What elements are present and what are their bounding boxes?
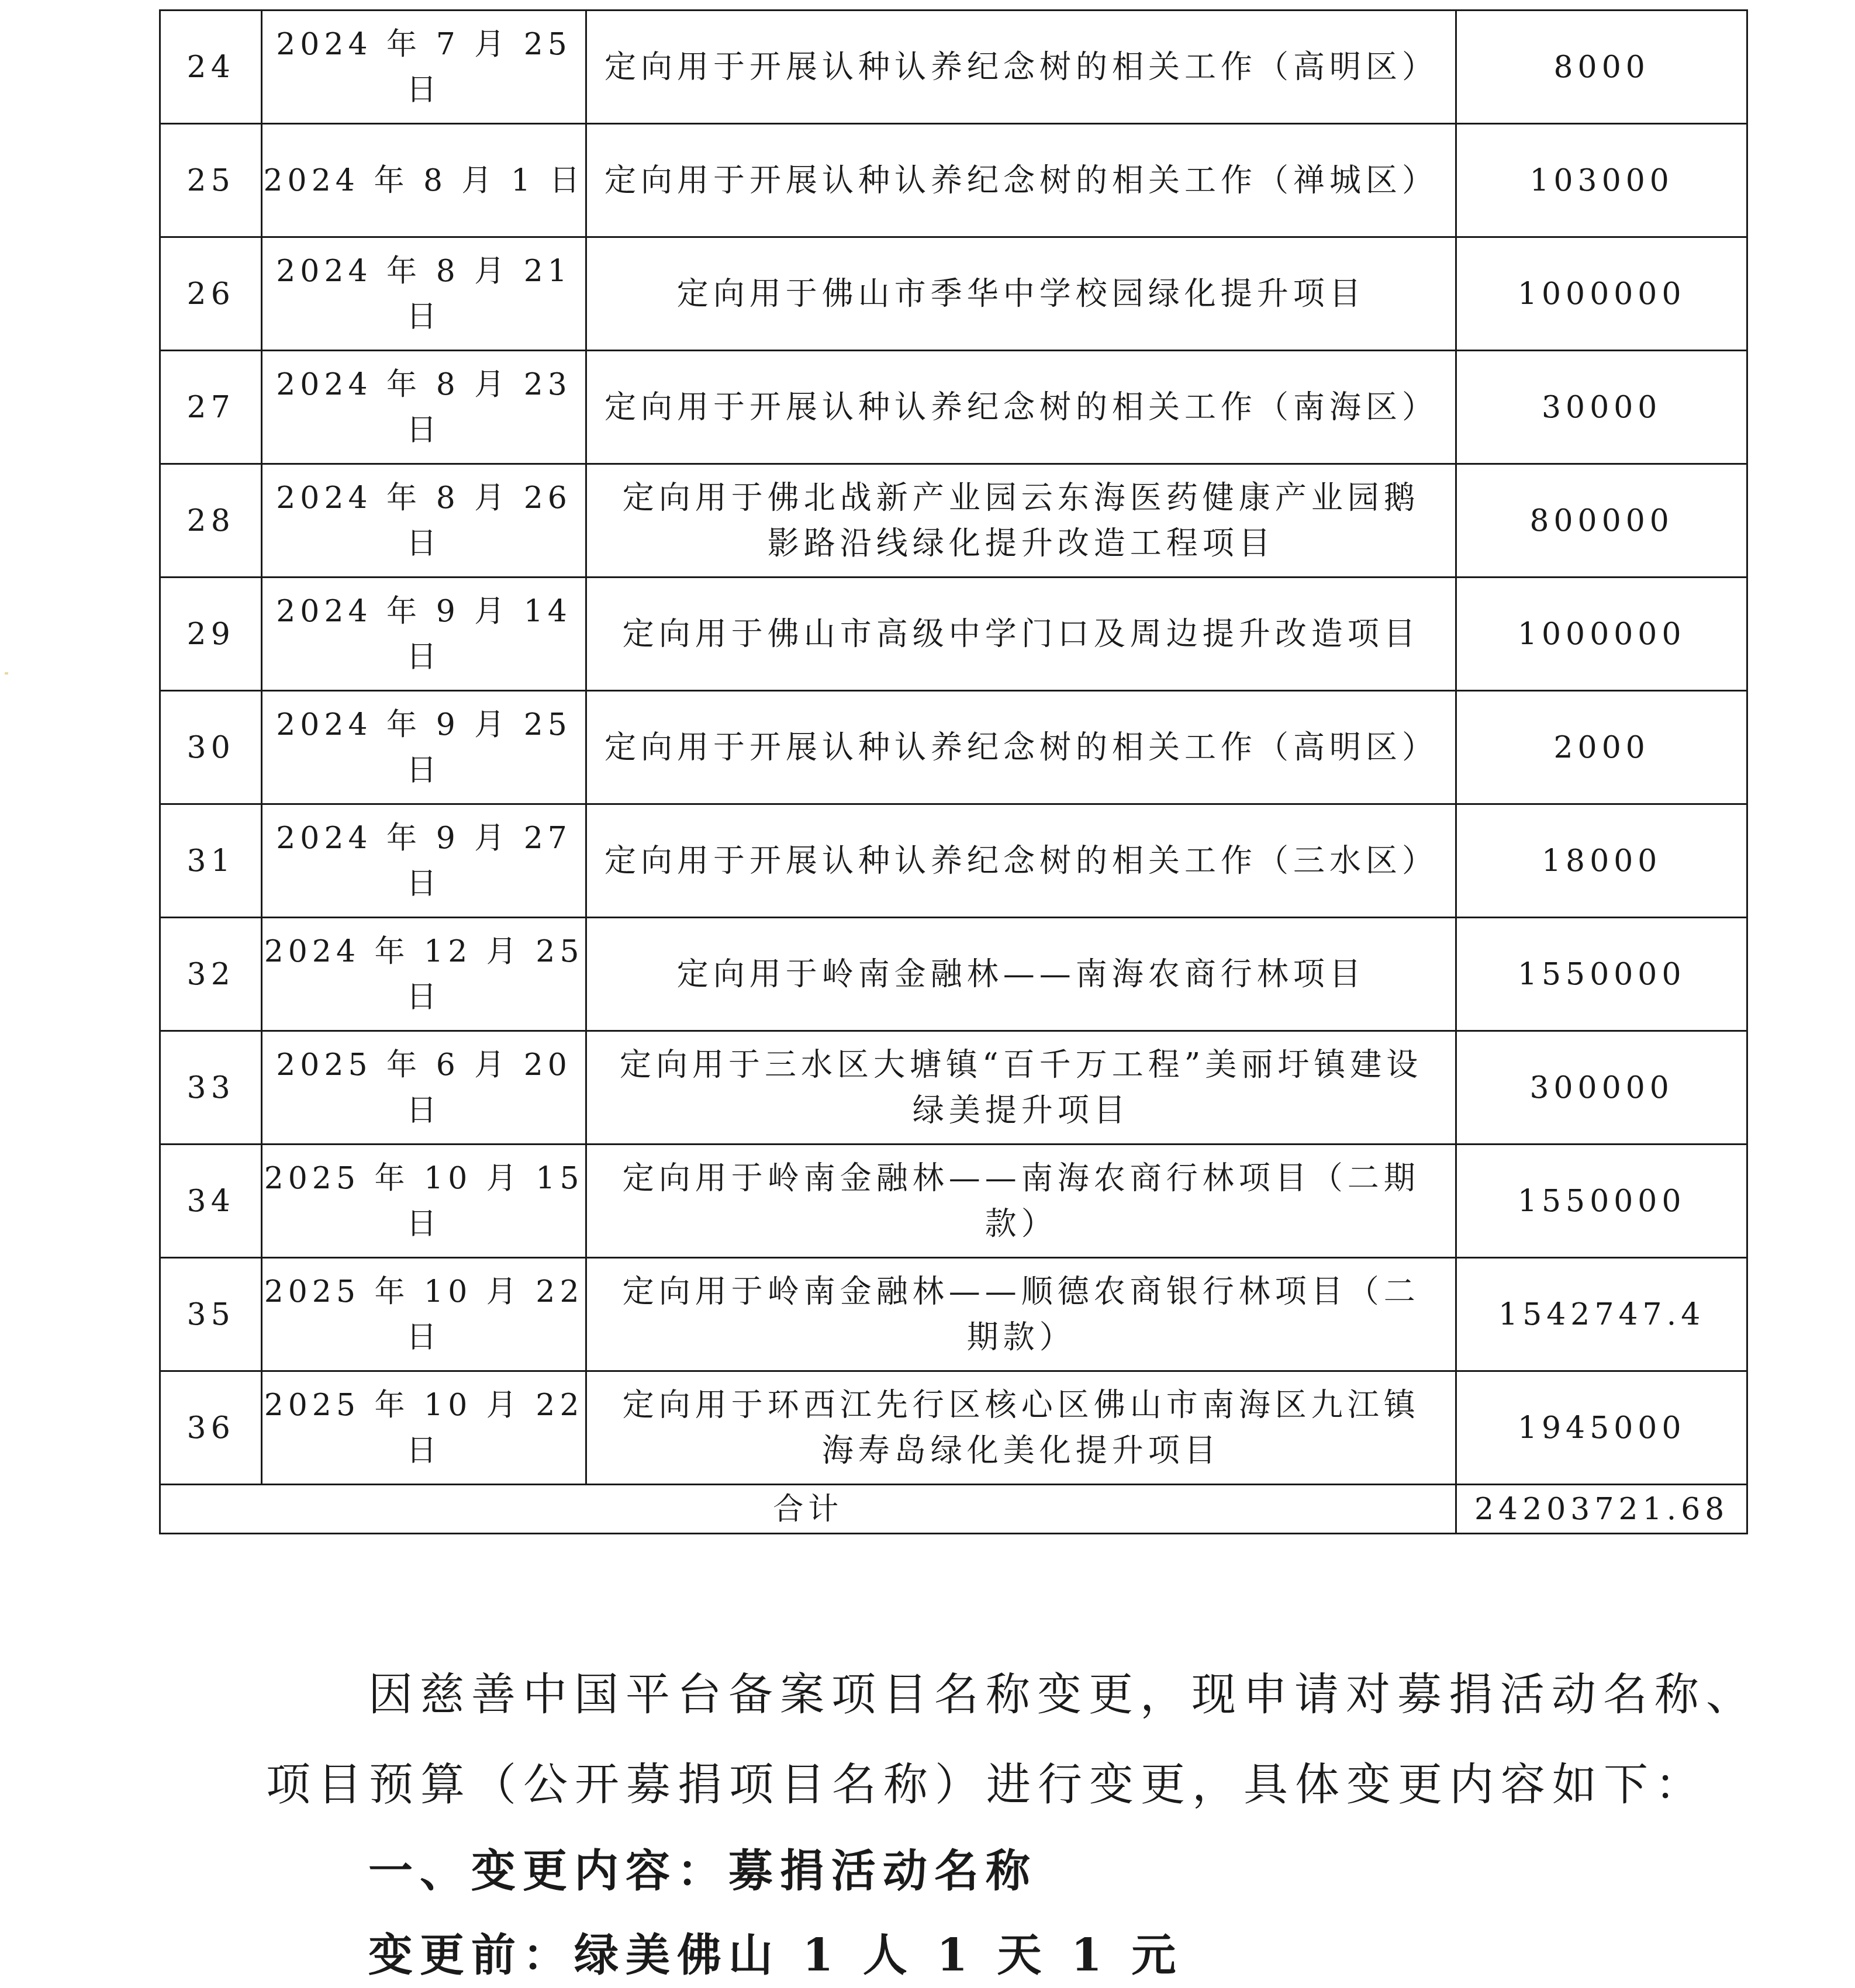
row-amount: 30000 <box>1456 351 1747 464</box>
row-number: 31 <box>160 804 262 918</box>
row-description: 定向用于佛山市高级中学门口及周边提升改造项目 <box>586 578 1456 691</box>
row-amount: 8000 <box>1456 11 1747 124</box>
paragraph-line-1: 因慈善中国平台备案项目名称变更，现申请对募捐活动名称、 <box>368 1659 1757 1723</box>
row-number: 26 <box>160 237 262 351</box>
row-description: 定向用于开展认种认养纪念树的相关工作（南海区） <box>586 351 1456 464</box>
row-description: 定向用于开展认种认养纪念树的相关工作（高明区） <box>586 11 1456 124</box>
table-row: 352025 年 10 月 22 日定向用于岭南金融林——顺德农商银行林项目（二… <box>160 1258 1747 1371</box>
row-amount: 18000 <box>1456 804 1747 918</box>
row-date: 2024 年 7 月 25 日 <box>262 11 586 124</box>
scan-mark <box>5 672 8 675</box>
row-amount: 800000 <box>1456 464 1747 578</box>
row-date: 2024 年 8 月 26 日 <box>262 464 586 578</box>
row-description: 定向用于佛山市季华中学校园绿化提升项目 <box>586 237 1456 351</box>
table-row: 272024 年 8 月 23 日定向用于开展认种认养纪念树的相关工作（南海区）… <box>160 351 1747 464</box>
row-date: 2024 年 9 月 14 日 <box>262 578 586 691</box>
row-date: 2025 年 10 月 15 日 <box>262 1145 586 1258</box>
table-row: 342025 年 10 月 15 日定向用于岭南金融林——南海农商行林项目（二期… <box>160 1145 1747 1258</box>
row-description: 定向用于开展认种认养纪念树的相关工作（禅城区） <box>586 124 1456 237</box>
row-number: 25 <box>160 124 262 237</box>
row-amount: 1542747.4 <box>1456 1258 1747 1371</box>
row-number: 29 <box>160 578 262 691</box>
row-date: 2024 年 9 月 25 日 <box>262 691 586 804</box>
row-number: 34 <box>160 1145 262 1258</box>
row-date: 2024 年 8 月 21 日 <box>262 237 586 351</box>
row-date: 2025 年 6 月 20 日 <box>262 1031 586 1145</box>
donation-table: 242024 年 7 月 25 日定向用于开展认种认养纪念树的相关工作（高明区）… <box>159 9 1748 1534</box>
table-row: 252024 年 8 月 1 日定向用于开展认种认养纪念树的相关工作（禅城区）1… <box>160 124 1747 237</box>
table-row: 242024 年 7 月 25 日定向用于开展认种认养纪念树的相关工作（高明区）… <box>160 11 1747 124</box>
row-amount: 1550000 <box>1456 1145 1747 1258</box>
row-number: 32 <box>160 918 262 1031</box>
row-description: 定向用于开展认种认养纪念树的相关工作（三水区） <box>586 804 1456 918</box>
row-number: 35 <box>160 1258 262 1371</box>
table-row: 362025 年 10 月 22 日定向用于环西江先行区核心区佛山市南海区九江镇… <box>160 1371 1747 1485</box>
row-amount: 2000 <box>1456 691 1747 804</box>
table-row: 312024 年 9 月 27 日定向用于开展认种认养纪念树的相关工作（三水区）… <box>160 804 1747 918</box>
row-date: 2024 年 8 月 1 日 <box>262 124 586 237</box>
table-row: 262024 年 8 月 21 日定向用于佛山市季华中学校园绿化提升项目1000… <box>160 237 1747 351</box>
row-date: 2025 年 10 月 22 日 <box>262 1258 586 1371</box>
row-date: 2025 年 10 月 22 日 <box>262 1371 586 1485</box>
total-amount: 24203721.68 <box>1456 1485 1747 1534</box>
row-description: 定向用于岭南金融林——南海农商行林项目（二期款） <box>586 1145 1456 1258</box>
row-amount: 1550000 <box>1456 918 1747 1031</box>
row-number: 27 <box>160 351 262 464</box>
table-row: 302024 年 9 月 25 日定向用于开展认种认养纪念树的相关工作（高明区）… <box>160 691 1747 804</box>
total-label: 合计 <box>160 1485 1456 1534</box>
row-description: 定向用于佛北战新产业园云东海医药健康产业园鹅影路沿线绿化提升改造工程项目 <box>586 464 1456 578</box>
total-row: 合计 24203721.68 <box>160 1485 1747 1534</box>
row-date: 2024 年 8 月 23 日 <box>262 351 586 464</box>
row-amount: 1945000 <box>1456 1371 1747 1485</box>
row-description: 定向用于岭南金融林——南海农商行林项目 <box>586 918 1456 1031</box>
row-date: 2024 年 12 月 25 日 <box>262 918 586 1031</box>
before-change-line: 变更前：绿美佛山 1 人 1 天 1 元 <box>368 1920 1183 1983</box>
row-date: 2024 年 9 月 27 日 <box>262 804 586 918</box>
paragraph-line-2: 项目预算（公开募捐项目名称）进行变更，具体变更内容如下： <box>266 1749 1707 1813</box>
row-description: 定向用于三水区大塘镇“百千万工程”美丽圩镇建设绿美提升项目 <box>586 1031 1456 1145</box>
row-amount: 103000 <box>1456 124 1747 237</box>
row-description: 定向用于环西江先行区核心区佛山市南海区九江镇海寿岛绿化美化提升项目 <box>586 1371 1456 1485</box>
row-amount: 1000000 <box>1456 237 1747 351</box>
row-number: 33 <box>160 1031 262 1145</box>
table-row: 322024 年 12 月 25 日定向用于岭南金融林——南海农商行林项目155… <box>160 918 1747 1031</box>
table-row: 292024 年 9 月 14 日定向用于佛山市高级中学门口及周边提升改造项目1… <box>160 578 1747 691</box>
table-row: 282024 年 8 月 26 日定向用于佛北战新产业园云东海医药健康产业园鹅影… <box>160 464 1747 578</box>
row-number: 36 <box>160 1371 262 1485</box>
row-amount: 1000000 <box>1456 578 1747 691</box>
table-row: 332025 年 6 月 20 日定向用于三水区大塘镇“百千万工程”美丽圩镇建设… <box>160 1031 1747 1145</box>
row-description: 定向用于岭南金融林——顺德农商银行林项目（二期款） <box>586 1258 1456 1371</box>
section-heading: 一、变更内容：募捐活动名称 <box>368 1835 1037 1899</box>
row-number: 30 <box>160 691 262 804</box>
row-description: 定向用于开展认种认养纪念树的相关工作（高明区） <box>586 691 1456 804</box>
row-number: 24 <box>160 11 262 124</box>
row-amount: 300000 <box>1456 1031 1747 1145</box>
row-number: 28 <box>160 464 262 578</box>
